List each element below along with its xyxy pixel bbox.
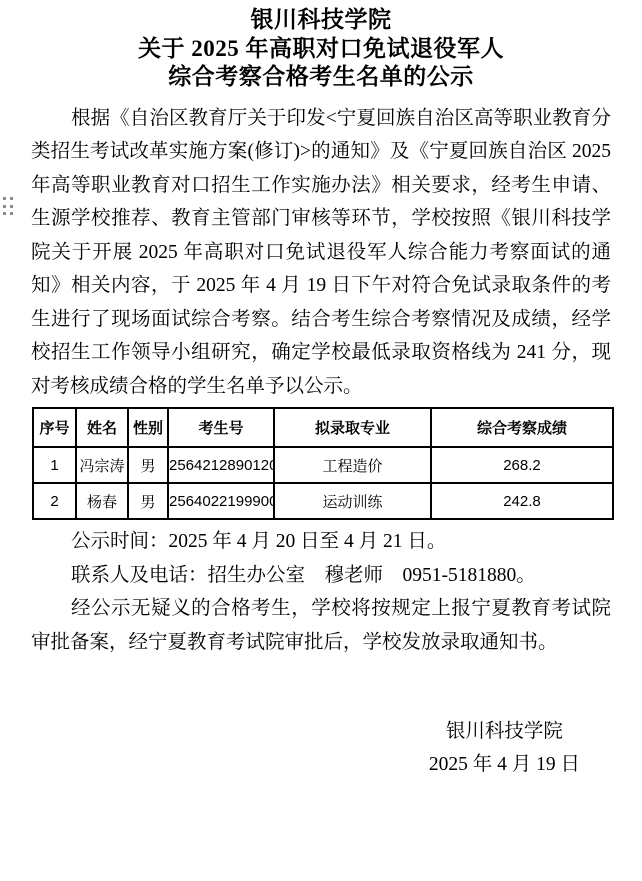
signature-org: 银川科技学院 bbox=[429, 716, 580, 749]
table-row: 2 杨春 男 25640221999003 运动训练 242.8 bbox=[33, 483, 613, 519]
cell-name: 杨春 bbox=[76, 483, 128, 519]
cell-gender: 男 bbox=[128, 483, 168, 519]
drag-handle-dot bbox=[10, 212, 13, 215]
drag-handle-dot bbox=[3, 212, 6, 215]
cell-serial-number: 1 bbox=[33, 447, 76, 483]
contact-info-line: 联系人及电话：招生办公室 穆老师 0951-5181880。 bbox=[31, 559, 611, 593]
cell-name: 冯宗涛 bbox=[76, 447, 128, 483]
notice-title: 银川科技学院 关于 2025 年高职对口免试退役军人 综合考察合格考生名单的公示 bbox=[0, 0, 642, 92]
drag-handle-dot bbox=[10, 205, 13, 208]
drag-handle-dot bbox=[10, 197, 13, 200]
notice-title-line-3: 综合考察合格考生名单的公示 bbox=[0, 63, 642, 92]
table-header-row: 序号 姓名 性别 考生号 拟录取专业 综合考察成绩 bbox=[33, 408, 613, 447]
drag-handle-icon[interactable] bbox=[3, 197, 13, 215]
cell-assessment-score: 242.8 bbox=[431, 483, 613, 519]
notice-body-paragraph: 根据《自治区教育厅关于印发<宁夏回族自治区高等职业教育分类招生考试改革实施方案(… bbox=[31, 102, 611, 404]
cell-candidate-number: 25642128901201 bbox=[168, 447, 274, 483]
cell-assessment-score: 268.2 bbox=[431, 447, 613, 483]
notice-notes: 公示时间：2025 年 4 月 20 日至 4 月 21 日。 联系人及电话：招… bbox=[0, 525, 642, 659]
drag-handle-dot bbox=[3, 197, 6, 200]
signature-block: 银川科技学院 2025 年 4 月 19 日 bbox=[429, 716, 580, 781]
cell-candidate-number: 25640221999003 bbox=[168, 483, 274, 519]
cell-intended-major: 运动训练 bbox=[274, 483, 431, 519]
cell-intended-major: 工程造价 bbox=[274, 447, 431, 483]
cell-serial-number: 2 bbox=[33, 483, 76, 519]
follow-up-paragraph: 经公示无疑义的合格考生，学校将按规定上报宁夏教育考试院审批备案，经宁夏教育考试院… bbox=[31, 592, 611, 659]
table-row: 1 冯宗涛 男 25642128901201 工程造价 268.2 bbox=[33, 447, 613, 483]
header-name: 姓名 bbox=[76, 408, 128, 447]
candidates-table-wrap: 序号 姓名 性别 考生号 拟录取专业 综合考察成绩 1 冯宗涛 男 256421… bbox=[32, 407, 642, 520]
notice-title-line-2: 关于 2025 年高职对口免试退役军人 bbox=[0, 35, 642, 64]
header-candidate-number: 考生号 bbox=[168, 408, 274, 447]
header-serial-number: 序号 bbox=[33, 408, 76, 447]
cell-gender: 男 bbox=[128, 447, 168, 483]
publicity-period-line: 公示时间：2025 年 4 月 20 日至 4 月 21 日。 bbox=[31, 525, 611, 559]
header-assessment-score: 综合考察成绩 bbox=[431, 408, 613, 447]
drag-handle-dot bbox=[3, 205, 6, 208]
header-intended-major: 拟录取专业 bbox=[274, 408, 431, 447]
notice-title-line-1: 银川科技学院 bbox=[0, 6, 642, 35]
header-gender: 性别 bbox=[128, 408, 168, 447]
notice-page: 银川科技学院 关于 2025 年高职对口免试退役军人 综合考察合格考生名单的公示… bbox=[0, 0, 642, 881]
signature-date: 2025 年 4 月 19 日 bbox=[429, 749, 580, 782]
candidates-table: 序号 姓名 性别 考生号 拟录取专业 综合考察成绩 1 冯宗涛 男 256421… bbox=[32, 407, 614, 520]
